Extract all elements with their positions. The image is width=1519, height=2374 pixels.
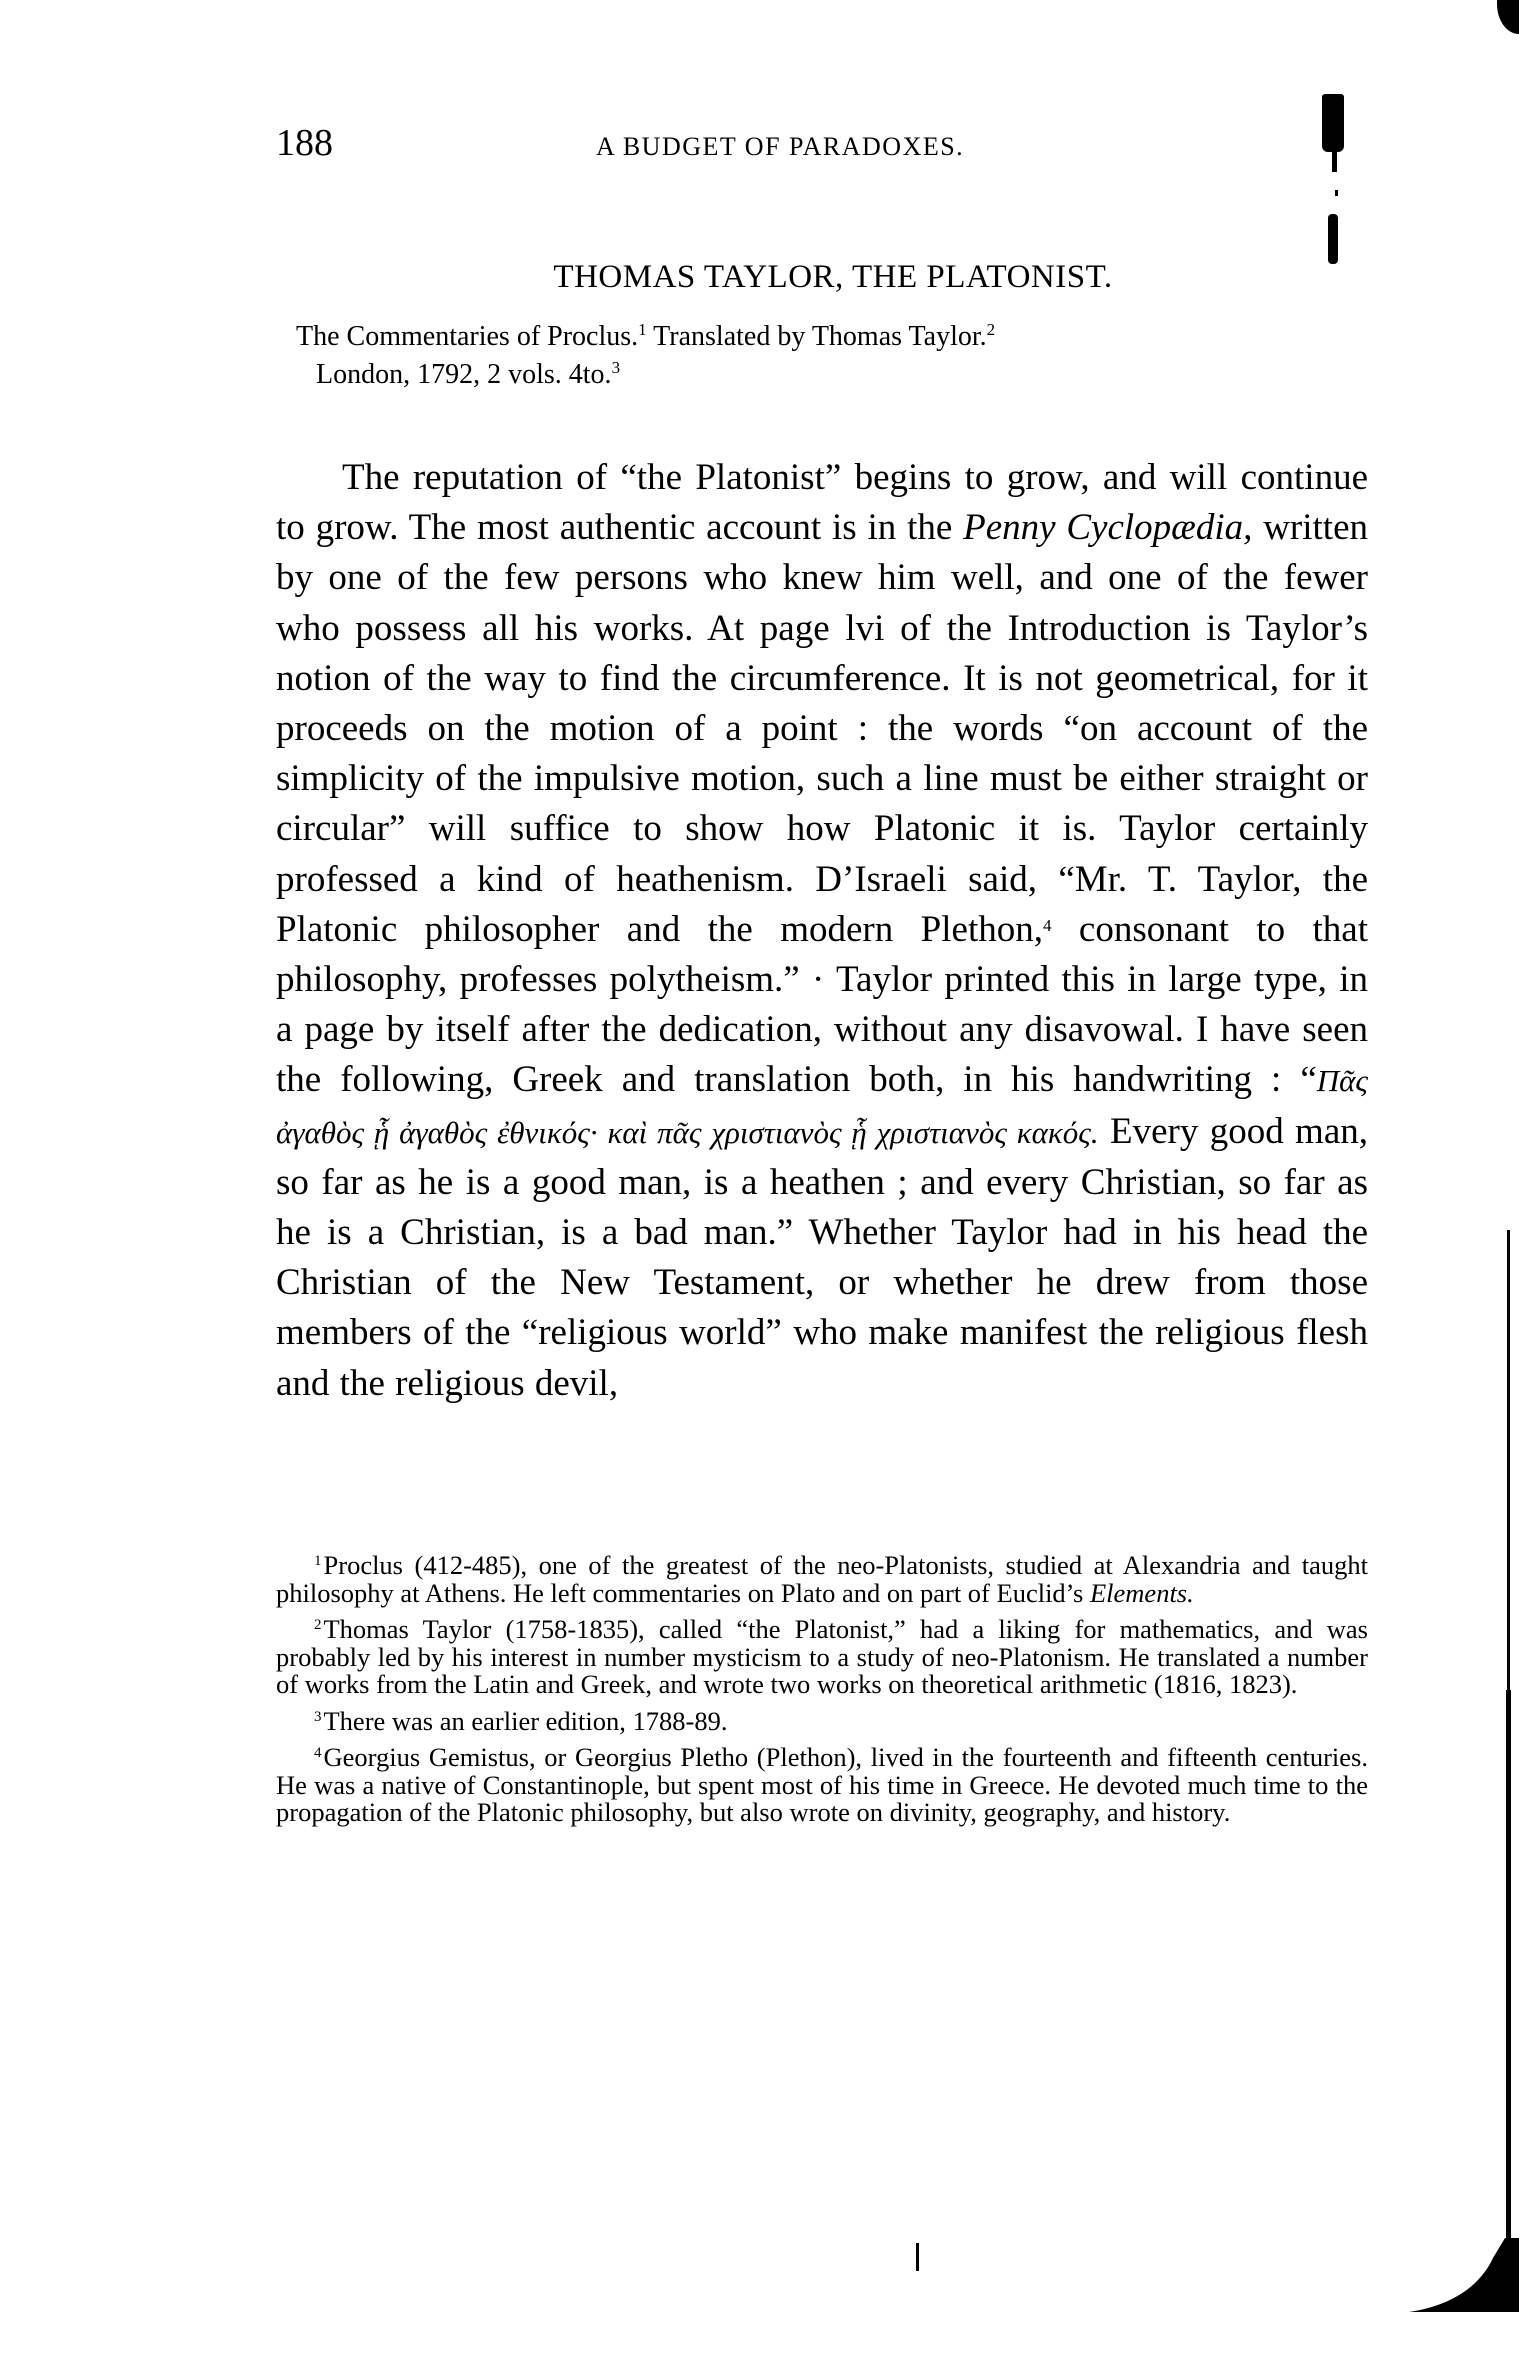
running-head: 188 A BUDGET OF PARADOXES. — [276, 118, 1368, 168]
book-citation: The Commentaries of Proclus.1 Translated… — [296, 318, 1386, 394]
running-title: A BUDGET OF PARADOXES. — [596, 122, 964, 172]
section-heading: THOMAS TAYLOR, THE PLATONIST. — [276, 255, 1368, 299]
footnote-mark: 2 — [314, 1617, 322, 1633]
footnote-mark: 3 — [314, 1709, 322, 1725]
scan-margin-mark — [1322, 94, 1344, 152]
elements-italic: Elements. — [1090, 1578, 1194, 1608]
scan-margin-dot — [1335, 190, 1338, 196]
footnote-ref-1[interactable]: 1 — [638, 320, 647, 339]
penny-cyclopaedia-italic: Penny Cyclopædia, — [963, 507, 1252, 548]
footnote-ref-2[interactable]: 2 — [987, 320, 996, 339]
body-paragraph: The reputation of “the Platonist” begins… — [276, 453, 1368, 1409]
scan-shadow-top-corner — [1497, 0, 1519, 34]
footnote-text: Proclus (412-485), one of the greatest o… — [276, 1550, 1368, 1608]
citation-title: The Commentaries of Proclus. — [296, 321, 638, 352]
footnote-ref-3[interactable]: 3 — [612, 358, 621, 377]
footnote-2: 2Thomas Taylor (1758-1835), called “the … — [276, 1616, 1368, 1699]
book-page: 188 A BUDGET OF PARADOXES. THOMAS TAYLOR… — [0, 0, 1519, 2374]
scan-margin-squiggle — [1328, 214, 1338, 264]
citation-translator: Translated by Thomas Taylor. — [647, 321, 987, 352]
footnote-text: Thomas Taylor (1758-1835), called “the P… — [276, 1614, 1368, 1699]
citation-imprint: London, 1792, 2 vols. 4to. — [316, 359, 612, 390]
footnote-text: There was an earlier edition, 1788-89. — [324, 1706, 728, 1736]
scan-page-curl-bottom — [1409, 2238, 1519, 2312]
footnote-1: 1Proclus (412-485), one of the greatest … — [276, 1552, 1368, 1607]
footnote-mark: 4 — [314, 1745, 322, 1761]
scan-margin-mark-tail — [1332, 150, 1337, 172]
footnote-mark: 1 — [314, 1553, 322, 1569]
body-text-2: written by one of the few persons who kn… — [276, 507, 1368, 950]
body-text-4: Every good man, so far as he is a good m… — [276, 1111, 1368, 1404]
page-number: 188 — [276, 118, 333, 168]
citation-imprint-line: London, 1792, 2 vols. 4to.3 — [296, 356, 1386, 394]
footnote-4: 4Georgius Gemistus, or Georgius Pletho (… — [276, 1744, 1368, 1827]
footnote-text: Georgius Gemistus, or Georgius Pletho (P… — [276, 1742, 1368, 1827]
scan-page-edge-line-thick — [1506, 1690, 1511, 2270]
footnotes: 1Proclus (412-485), one of the greatest … — [276, 1552, 1368, 1836]
scan-bottom-mark — [916, 2243, 919, 2271]
footnote-3: 3There was an earlier edition, 1788-89. — [276, 1708, 1368, 1736]
page-curl-shape — [1409, 2238, 1519, 2312]
